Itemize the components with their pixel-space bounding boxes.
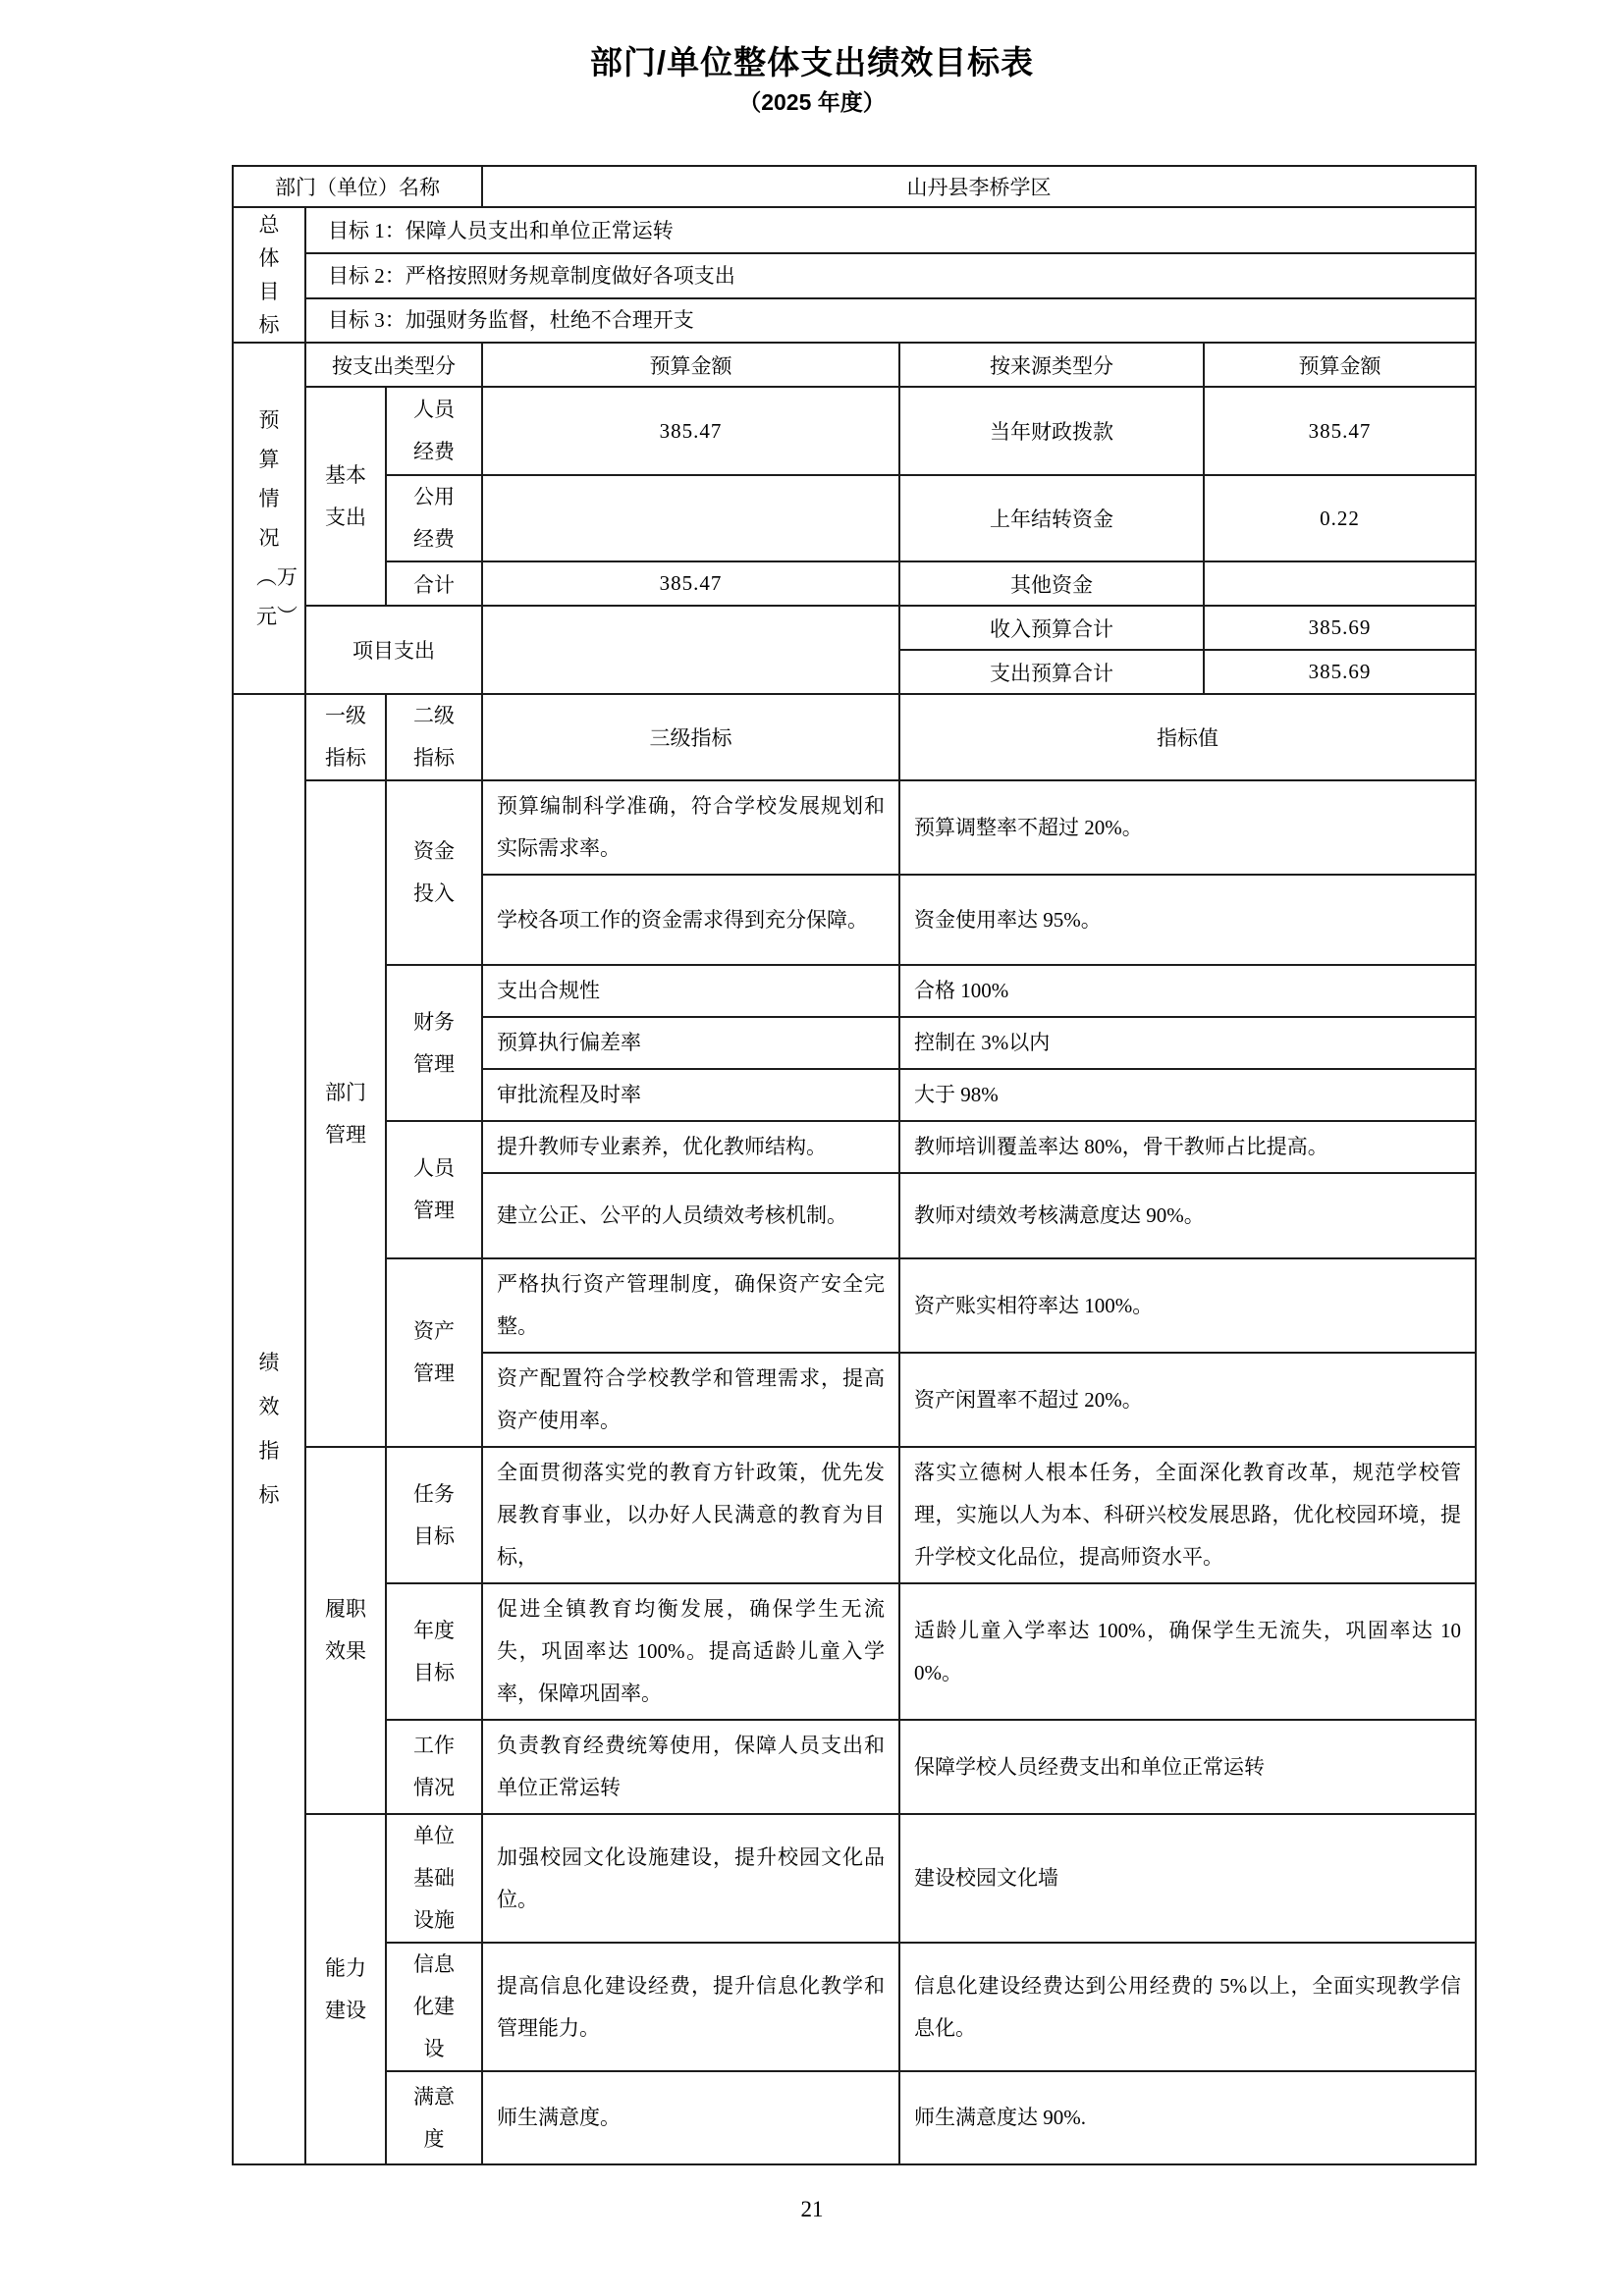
dept-name-label: 部门（单位）名称 (233, 166, 482, 207)
table-row: 工作情况 负责教育经费统筹使用，保障人员支出和单位正常运转 保障学校人员经费支出… (233, 1720, 1476, 1814)
subtotal-amount: 385.47 (482, 561, 899, 606)
indicator-l3: 建立公正、公平的人员绩效考核机制。 (482, 1173, 899, 1258)
sub-task-target: 任务目标 (386, 1447, 482, 1583)
source-other-amount (1204, 561, 1476, 606)
header-by-expense-type: 按支出类型分 (305, 343, 482, 387)
overall-goal-2: 目标 2：严格按照财务规章制度做好各项支出 (305, 253, 1476, 297)
table-row: 部门（单位）名称 山丹县李桥学区 (233, 166, 1476, 207)
header-level3-indicator: 三级指标 (482, 694, 899, 780)
table-row: 目标 2：严格按照财务规章制度做好各项支出 (233, 253, 1476, 297)
indicator-value: 控制在 3%以内 (899, 1017, 1476, 1069)
header-by-source-type: 按来源类型分 (899, 343, 1204, 387)
indicator-value: 师生满意度达 90%. (899, 2071, 1476, 2164)
overall-goal-3: 目标 3：加强财务监督，杜绝不合理开支 (305, 298, 1476, 343)
sub-personnel-management: 人员管理 (386, 1121, 482, 1258)
header-budget-amount-source: 预算金额 (1204, 343, 1476, 387)
indicator-l3: 资产配置符合学校教学和管理需求，提高资产使用率。 (482, 1353, 899, 1447)
group-dept-management: 部门管理 (305, 780, 386, 1447)
indicator-l3: 严格执行资产管理制度，确保资产安全完整。 (482, 1258, 899, 1353)
source-carryover-amount: 0.22 (1204, 475, 1476, 561)
expense-total-amount: 385.69 (1204, 650, 1476, 694)
header-level2-indicator: 二级指标 (386, 694, 482, 780)
table-row: 满意度 师生满意度。 师生满意度达 90%. (233, 2071, 1476, 2164)
source-current-appropriation: 当年财政拨款 (899, 387, 1204, 475)
indicator-l3: 预算执行偏差率 (482, 1017, 899, 1069)
indicator-value: 保障学校人员经费支出和单位正常运转 (899, 1720, 1476, 1814)
subtotal-label: 合计 (386, 561, 482, 606)
sub-satisfaction: 满意度 (386, 2071, 482, 2164)
table-row: 总体目标 目标 1：保障人员支出和单位正常运转 (233, 207, 1476, 253)
indicator-value: 资产闲置率不超过 20%。 (899, 1353, 1476, 1447)
indicator-value: 资产账实相符率达 100%。 (899, 1258, 1476, 1353)
public-funds-label: 公用经费 (386, 475, 482, 561)
table-row: 能力建设 单位基础设施 加强校园文化设施建设，提升校园文化品位。 建设校园文化墙 (233, 1814, 1476, 1943)
source-other-label: 其他资金 (899, 561, 1204, 606)
income-total-amount: 385.69 (1204, 606, 1476, 650)
page-number: 21 (0, 2197, 1624, 2222)
indicator-value: 落实立德树人根本任务，全面深化教育改革，规范学校管理，实施以人为本、科研兴校发展… (899, 1447, 1476, 1583)
indicator-l3: 预算编制科学准确，符合学校发展规划和实际需求率。 (482, 780, 899, 875)
indicator-value: 教师对绩效考核满意度达 90%。 (899, 1173, 1476, 1258)
indicator-l3: 提高信息化建设经费，提升信息化教学和管理能力。 (482, 1943, 899, 2071)
document-page: 部门/单位整体支出绩效目标表 （2025 年度） 部门（单位）名称 山丹县李桥学… (0, 0, 1624, 2296)
group-duty-performance: 履职效果 (305, 1447, 386, 1814)
sub-work-situation: 工作情况 (386, 1720, 482, 1814)
indicator-value: 建设校园文化墙 (899, 1814, 1476, 1943)
indicator-l3: 加强校园文化设施建设，提升校园文化品位。 (482, 1814, 899, 1943)
table-row: 人员管理 提升教师专业素养，优化教师结构。 教师培训覆盖率达 80%，骨干教师占… (233, 1121, 1476, 1173)
project-expense-label: 项目支出 (305, 606, 482, 694)
table-row: 履职效果 任务目标 全面贯彻落实党的教育方针政策，优先发展教育事业，以办好人民满… (233, 1447, 1476, 1583)
overall-goal-label: 总体目标 (233, 207, 305, 343)
table-row: 部门管理 资金投入 预算编制科学准确，符合学校发展规划和实际需求率。 预算调整率… (233, 780, 1476, 875)
indicator-value: 信息化建设经费达到公用经费的 5%以上，全面实现教学信息化。 (899, 1943, 1476, 2071)
header-indicator-value: 指标值 (899, 694, 1476, 780)
table-row: 绩效指标 一级指标 二级指标 三级指标 指标值 (233, 694, 1476, 780)
indicator-l3: 师生满意度。 (482, 2071, 899, 2164)
table-row: 预算情况︵万元︶ 按支出类型分 预算金额 按来源类型分 预算金额 (233, 343, 1476, 387)
indicator-l3: 审批流程及时率 (482, 1069, 899, 1121)
overall-goal-1: 目标 1：保障人员支出和单位正常运转 (305, 207, 1476, 253)
source-current-amount: 385.47 (1204, 387, 1476, 475)
budget-section-label: 预算情况︵万元︶ (233, 343, 305, 694)
indicator-value: 合格 100% (899, 965, 1476, 1017)
public-funds-amount (482, 475, 899, 561)
sub-asset-management: 资产管理 (386, 1258, 482, 1447)
basic-expense-label: 基本支出 (305, 387, 386, 606)
project-expense-amount (482, 606, 899, 694)
table-row: 项目支出 收入预算合计 385.69 (233, 606, 1476, 650)
indicator-value: 大于 98% (899, 1069, 1476, 1121)
indicator-l3: 支出合规性 (482, 965, 899, 1017)
personnel-funds-amount: 385.47 (482, 387, 899, 475)
indicator-value: 教师培训覆盖率达 80%，骨干教师占比提高。 (899, 1121, 1476, 1173)
indicator-value: 适龄儿童入学率达 100%，确保学生无流失，巩固率达 100%。 (899, 1583, 1476, 1720)
indicator-value: 资金使用率达 95%。 (899, 875, 1476, 965)
performance-target-table: 部门（单位）名称 山丹县李桥学区 总体目标 目标 1：保障人员支出和单位正常运转… (232, 165, 1477, 2165)
sub-unit-infrastructure: 单位基础设施 (386, 1814, 482, 1943)
indicator-l3: 提升教师专业素养，优化教师结构。 (482, 1121, 899, 1173)
sub-finance-management: 财务管理 (386, 965, 482, 1121)
header-budget-amount-expense: 预算金额 (482, 343, 899, 387)
group-capacity-building: 能力建设 (305, 1814, 386, 2164)
income-total-label: 收入预算合计 (899, 606, 1204, 650)
source-carryover-label: 上年结转资金 (899, 475, 1204, 561)
performance-indicator-label: 绩效指标 (233, 694, 305, 2164)
table-row: 合计 385.47 其他资金 (233, 561, 1476, 606)
table-row: 资产管理 严格执行资产管理制度，确保资产安全完整。 资产账实相符率达 100%。 (233, 1258, 1476, 1353)
table-row: 信息化建设 提高信息化建设经费，提升信息化教学和管理能力。 信息化建设经费达到公… (233, 1943, 1476, 2071)
page-title: 部门/单位整体支出绩效目标表 (0, 37, 1624, 83)
dept-name-value: 山丹县李桥学区 (482, 166, 1476, 207)
indicator-l3: 负责教育经费统筹使用，保障人员支出和单位正常运转 (482, 1720, 899, 1814)
table-row: 年度目标 促进全镇教育均衡发展，确保学生无流失，巩固率达 100%。提高适龄儿童… (233, 1583, 1476, 1720)
table-row: 基本支出 人员经费 385.47 当年财政拨款 385.47 (233, 387, 1476, 475)
page-subtitle: （2025 年度） (0, 84, 1624, 117)
indicator-l3: 全面贯彻落实党的教育方针政策，优先发展教育事业，以办好人民满意的教育为目标， (482, 1447, 899, 1583)
header-level1-indicator: 一级指标 (305, 694, 386, 780)
table-row: 公用经费 上年结转资金 0.22 (233, 475, 1476, 561)
table-row: 财务管理 支出合规性 合格 100% (233, 965, 1476, 1017)
personnel-funds-label: 人员经费 (386, 387, 482, 475)
indicator-l3: 学校各项工作的资金需求得到充分保障。 (482, 875, 899, 965)
sub-funding-input: 资金投入 (386, 780, 482, 965)
table-row: 目标 3：加强财务监督，杜绝不合理开支 (233, 298, 1476, 343)
sub-informatization: 信息化建设 (386, 1943, 482, 2071)
sub-annual-target: 年度目标 (386, 1583, 482, 1720)
indicator-l3: 促进全镇教育均衡发展，确保学生无流失，巩固率达 100%。提高适龄儿童入学率，保… (482, 1583, 899, 1720)
expense-total-label: 支出预算合计 (899, 650, 1204, 694)
indicator-value: 预算调整率不超过 20%。 (899, 780, 1476, 875)
